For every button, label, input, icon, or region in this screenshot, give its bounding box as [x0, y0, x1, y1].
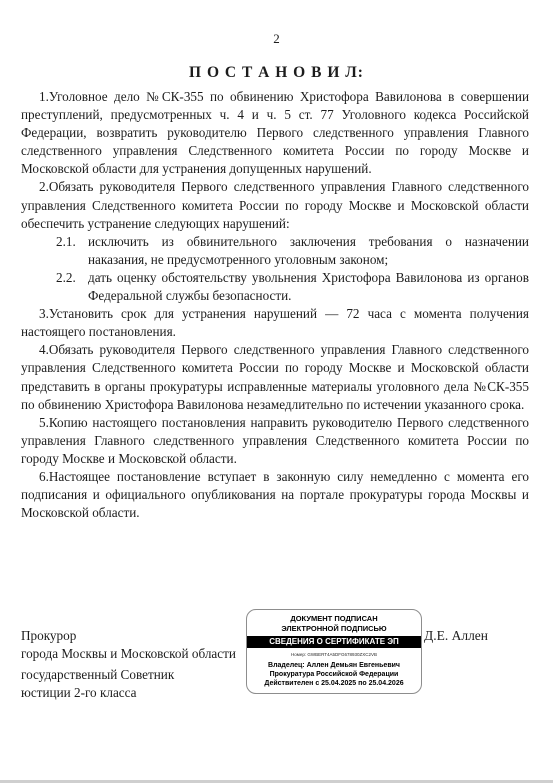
- paragraph-1: 1.Уголовное дело №СК-355 по обвинению Хр…: [21, 88, 529, 178]
- subitem-2-1-marker: 2.1.: [56, 233, 88, 269]
- paragraph-6: 6.Настоящее постановление вступает в зак…: [21, 468, 529, 522]
- resolution-body: 1.Уголовное дело №СК-355 по обвинению Хр…: [21, 88, 529, 522]
- signer-name: Д.Е. Аллен: [424, 628, 488, 644]
- stamp-header-line-1: ДОКУМЕНТ ПОДПИСАН: [247, 614, 421, 624]
- subitem-2-1: 2.1. исключить из обвинительного заключе…: [56, 233, 529, 269]
- paragraph-4: 4.Обязать руководителя Первого следствен…: [21, 341, 529, 413]
- signature-block: Прокурор города Москвы и Московской обла…: [0, 600, 553, 760]
- stamp-organization: Прокуратура Российской Федерации: [247, 670, 421, 679]
- document-page: 2 П О С Т А Н О В И Л: 1.Уголовное дело …: [0, 0, 553, 783]
- stamp-certificate-banner: СВЕДЕНИЯ О СЕРТИФИКАТЕ ЭП: [247, 636, 421, 648]
- subitem-2-1-text: исключить из обвинительного заключения т…: [88, 233, 529, 269]
- stamp-header-line-2: ЭЛЕКТРОННОЙ ПОДПИСЬЮ: [247, 624, 421, 634]
- signer-title: Прокурор города Москвы и Московской обла…: [21, 627, 236, 702]
- stamp-validity: Действителен с 25.04.2025 по 25.04.2026: [247, 679, 421, 693]
- signer-post-line-1: Прокурор: [21, 627, 236, 645]
- paragraph-5: 5.Копию настоящего постановления направи…: [21, 414, 529, 468]
- paragraph-3: 3.Установить срок для устранения нарушен…: [21, 305, 529, 341]
- esignature-stamp: ДОКУМЕНТ ПОДПИСАН ЭЛЕКТРОННОЙ ПОДПИСЬЮ С…: [246, 609, 422, 694]
- page-number: 2: [0, 31, 553, 46]
- subitem-2-2-text: дать оценку обстоятельству увольнения Хр…: [88, 269, 529, 305]
- signer-rank-line-1: государственный Советник: [21, 666, 236, 684]
- subitem-2-2: 2.2. дать оценку обстоятельству увольнен…: [56, 269, 529, 305]
- stamp-header: ДОКУМЕНТ ПОДПИСАН ЭЛЕКТРОННОЙ ПОДПИСЬЮ: [247, 610, 421, 633]
- resolution-heading: П О С Т А Н О В И Л:: [0, 64, 553, 82]
- signer-rank-line-2: юстиции 2-го класса: [21, 684, 236, 702]
- stamp-certificate-number: Номер: GWBERT4A5DFG678930ZXC2VB: [247, 652, 421, 658]
- subitem-2-2-marker: 2.2.: [56, 269, 88, 305]
- signer-post-line-2: города Москвы и Московской области: [21, 645, 236, 663]
- stamp-owner: Владелец: Аллен Демьян Евгеньевич: [247, 661, 421, 670]
- paragraph-2: 2.Обязать руководителя Первого следствен…: [21, 178, 529, 232]
